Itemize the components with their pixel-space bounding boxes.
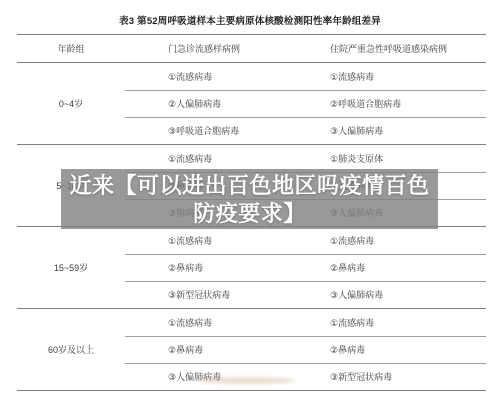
age-group-15-59: 15~59岁 ①流感病毒 ①流感病毒 ②鼻病毒 ②鼻病毒 ③新型冠状病毒 ③人偏…	[17, 226, 486, 308]
table-header-row: 年龄组 门急诊流感样病例 住院严重急性呼吸道感染病例	[17, 35, 486, 62]
watermark-overlay-banner: 近来【可以进出百色地区吗疫情百色 防疫要求】	[61, 169, 438, 229]
cell-sari: ②呼吸道合胞病毒	[330, 90, 401, 117]
watermark-line-1: 近来【可以进出百色地区吗疫情百色	[61, 172, 438, 200]
cell-sari: ①流感病毒	[330, 309, 374, 336]
header-age-group: 年龄组	[17, 35, 125, 62]
cell-sari: ②鼻病毒	[330, 336, 365, 363]
table-row: ③新型冠状病毒 ③人偏肺病毒	[17, 281, 486, 308]
table-row: ①流感病毒 ①流感病毒	[17, 63, 486, 90]
cell-sari: ①肺炎支原体	[330, 145, 383, 172]
bottom-smudge-mark	[198, 377, 295, 384]
cell-sari: ③人偏肺病毒	[330, 281, 383, 308]
table-row: ①流感病毒 ①流感病毒	[17, 227, 486, 254]
cell-ili: ②人偏肺病毒	[168, 90, 221, 117]
cell-ili: ③呼吸道合胞病毒	[168, 117, 239, 144]
cell-ili: ①流感病毒	[168, 145, 212, 172]
cell-sari: ①流感病毒	[330, 227, 374, 254]
cell-sari: ①流感病毒	[330, 63, 374, 90]
table-row: ①流感病毒 ①肺炎支原体	[17, 145, 486, 172]
cell-ili: ①流感病毒	[168, 227, 212, 254]
cell-sari: ③新型冠状病毒	[330, 363, 392, 390]
cell-ili: ③人偏肺病毒	[168, 363, 221, 390]
document-page: 表3 第52周呼吸道样本主要病原体核酸检测阳性率年龄组差异 年龄组 门急诊流感样…	[0, 0, 500, 402]
table-row: ②鼻病毒 ②鼻病毒	[17, 336, 486, 363]
cell-ili: ②鼻病毒	[168, 254, 203, 281]
cell-ili: ②鼻病毒	[168, 336, 203, 363]
header-sari-cases: 住院严重急性呼吸道感染病例	[330, 35, 447, 62]
cell-sari: ②鼻病毒	[330, 254, 365, 281]
watermark-line-2: 防疫要求】	[61, 200, 438, 228]
cell-sari: ③人偏肺病毒	[330, 117, 383, 144]
cell-ili: ①流感病毒	[168, 309, 212, 336]
table-row: ②人偏肺病毒 ②呼吸道合胞病毒	[17, 90, 486, 117]
table-row: ②鼻病毒 ②鼻病毒	[17, 254, 486, 281]
table-title: 表3 第52周呼吸道样本主要病原体核酸检测阳性率年龄组差异	[0, 13, 500, 27]
table-row: ③呼吸道合胞病毒 ③人偏肺病毒	[17, 117, 486, 144]
age-group-0-4: 0~4岁 ①流感病毒 ①流感病毒 ②人偏肺病毒 ②呼吸道合胞病毒 ③呼吸道合胞病…	[17, 62, 486, 144]
cell-ili: ③新型冠状病毒	[168, 281, 230, 308]
cell-ili: ①流感病毒	[168, 63, 212, 90]
table-row: ①流感病毒 ①流感病毒	[17, 309, 486, 336]
header-ili-cases: 门急诊流感样病例	[168, 35, 240, 62]
